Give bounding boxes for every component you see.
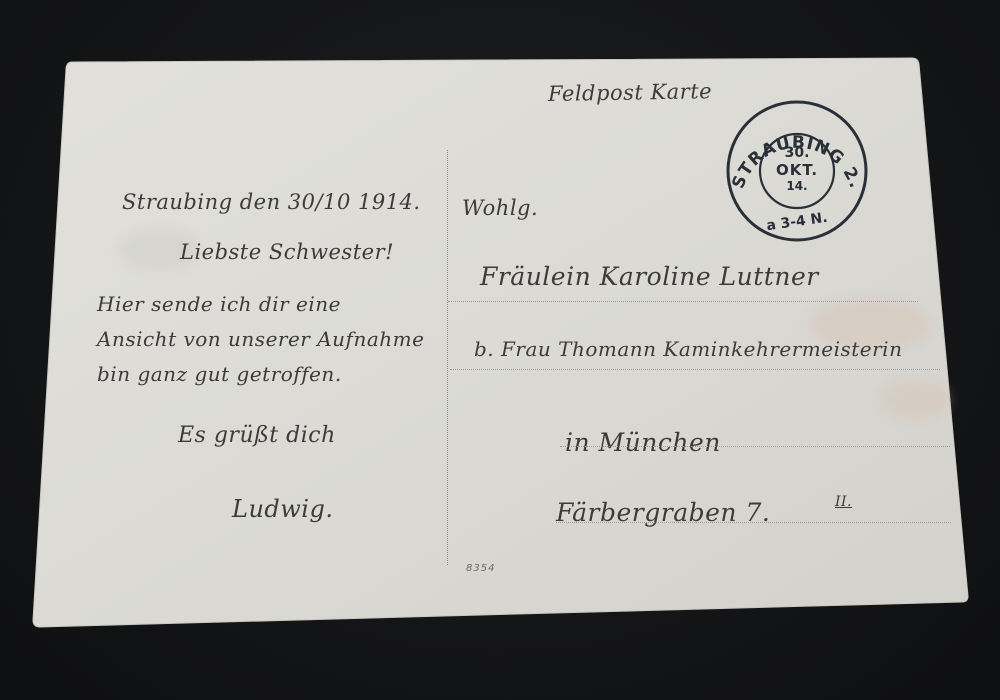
- card-type-heading: Feldpost Karte: [548, 79, 713, 106]
- print-number: 8354: [466, 563, 495, 574]
- address-line-4: [556, 522, 951, 523]
- address-line-1: [448, 301, 918, 302]
- message-line: Ansicht von unserer Aufnahme: [97, 327, 424, 351]
- message-salutation: Liebste Schwester!: [180, 240, 394, 264]
- address-care-of: b. Frau Thomann Kaminkehrermeisterin: [474, 337, 902, 361]
- postmark-year: 14.: [777, 179, 817, 193]
- message-line: bin ganz gut getroffen.: [97, 362, 342, 386]
- address-city: in München: [565, 428, 721, 457]
- address-floor: II.: [835, 494, 852, 510]
- postmark-month: OKT.: [771, 161, 823, 179]
- address-recipient: Fräulein Karoline Luttner: [480, 262, 819, 291]
- paper-stain: [880, 380, 950, 420]
- postmark-day: 30.: [777, 145, 817, 161]
- postcard: Feldpost Karte STRAUBING 2. 30. OKT. 14.…: [0, 0, 1000, 700]
- postcard-divider: [447, 150, 448, 565]
- message-closing: Es grüßt dich: [178, 423, 336, 448]
- postmark-stamp: STRAUBING 2. 30. OKT. 14. a 3-4 N.: [723, 97, 871, 245]
- message-place-date: Straubing den 30/10 1914.: [122, 190, 421, 214]
- address-line-3: [560, 446, 950, 447]
- message-line: Hier sende ich dir eine: [97, 292, 341, 316]
- address-honorific: Wohlg.: [462, 196, 538, 220]
- message-signature: Ludwig.: [232, 495, 333, 523]
- address-line-2: [450, 369, 940, 370]
